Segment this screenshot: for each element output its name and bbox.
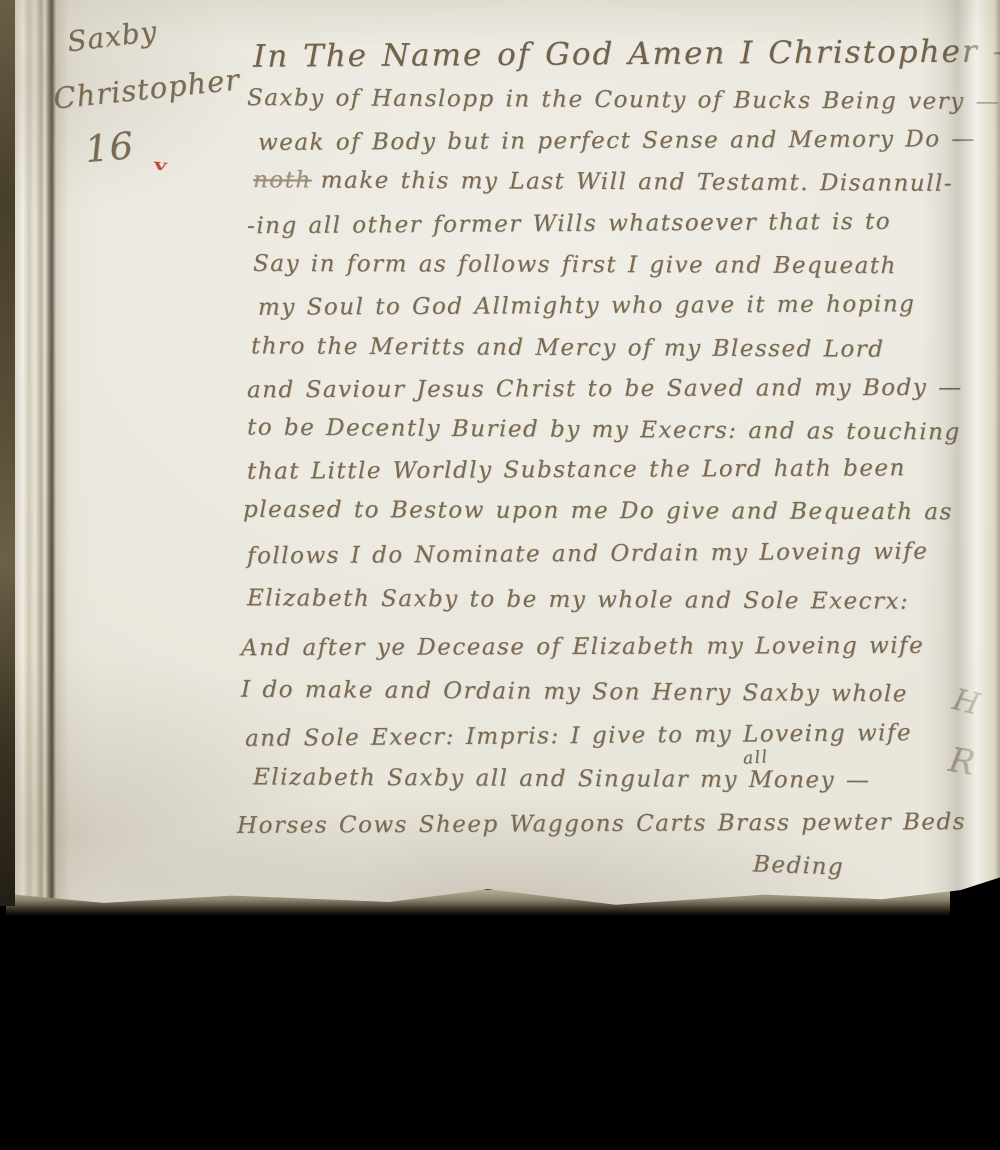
margin-surname: Saxby (65, 15, 159, 59)
struck-word: noth (253, 167, 312, 193)
catchword: Beding (753, 851, 845, 880)
manuscript-line: pleased to Bestow upon me Do give and Be… (243, 497, 953, 525)
manuscript-line: follows I do Nominate and Ordain my Love… (247, 539, 929, 570)
manuscript-line: Say in form as follows first I give and … (253, 251, 897, 279)
manuscript-line: and Sole Execr: Impris: I give to my Lov… (245, 720, 912, 752)
manuscript-photo: Saxby Christopher 16 v In The Name of Go… (0, 0, 1000, 1150)
manuscript-line: and Saviour Jesus Christ to be Saved and… (247, 375, 963, 403)
manuscript-line: my Soul to God Allmighty who gave it me … (258, 291, 915, 320)
book-spine (0, 0, 15, 906)
interlinear-insert: all (742, 747, 769, 769)
manuscript-line: -ing all other former Wills whatsoever t… (247, 209, 891, 239)
red-check-mark: v (153, 155, 168, 174)
folio-number: 16 (83, 124, 136, 171)
manuscript-line: weak of Body but in perfect Sense and Me… (258, 126, 976, 156)
margin-forename: Christopher (52, 62, 242, 115)
manuscript-heading: In The Name of God Amen I Christopher — (253, 33, 1000, 74)
manuscript-line: Horses Cows Sheep Waggons Carts Brass pe… (237, 809, 966, 839)
manuscript-line: to be Decently Buried by my Execrs: and … (247, 415, 961, 446)
manuscript-line: And after ye Decease of Elizabeth my Lov… (241, 633, 924, 661)
manuscript-line: nothmake this my Last Will and Testamt. … (253, 167, 953, 197)
adjacent-page-fragment: H (949, 682, 984, 723)
manuscript-page: Saxby Christopher 16 v In The Name of Go… (15, 0, 1000, 912)
manuscript-line: Elizabeth Saxby all and Singular my Mone… (253, 764, 871, 793)
manuscript-line: thro the Meritts and Mercy of my Blessed… (251, 333, 885, 362)
manuscript-line-text: make this my Last Will and Testamt. Disa… (321, 168, 954, 197)
manuscript-line: Saxby of Hanslopp in the County of Bucks… (247, 85, 1000, 115)
manuscript-line: I do make and Ordain my Son Henry Saxby … (241, 677, 908, 708)
manuscript-line: that Little Worldly Substance the Lord h… (247, 455, 906, 484)
adjacent-page-fragment: R (946, 740, 980, 784)
manuscript-line: Elizabeth Saxby to be my whole and Sole … (247, 585, 909, 614)
